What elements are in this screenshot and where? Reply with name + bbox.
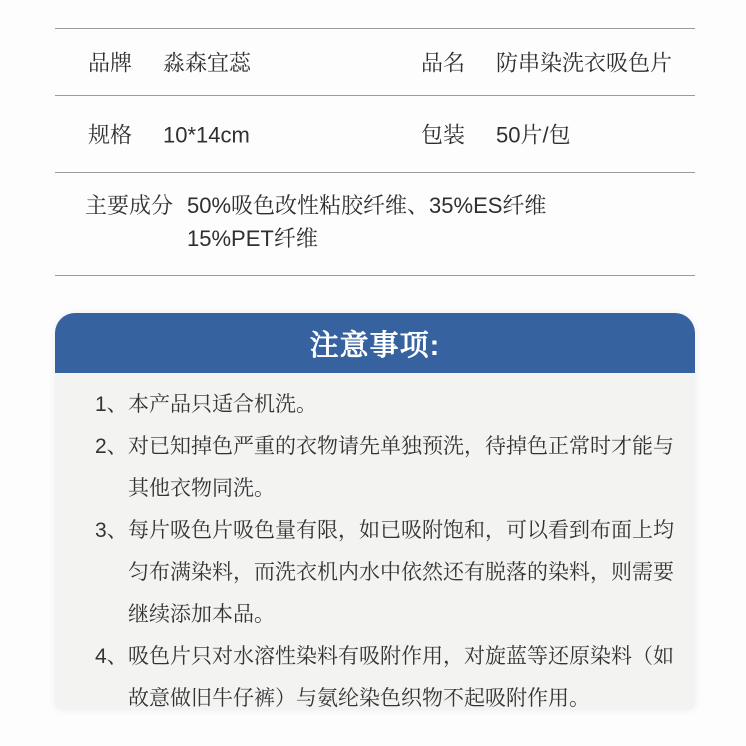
spec-cell-packaging: 包装 50片/包 [421, 119, 571, 150]
notice-item-2: 2、 对已知掉色严重的衣物请先单独预洗，待掉色正常时才能与 其他衣物同洗。 [95, 426, 679, 510]
spec-value-product-name: 防串染洗衣吸色片 [496, 47, 672, 78]
product-spec-table: 品牌 淼森宜蕊 品名 防串染洗衣吸色片 规格 10*14cm 包装 50片/包 … [55, 28, 695, 276]
spec-cell-ingredients: 主要成分 50%吸色改性粘胶纤维、35%ES纤维 15%PET纤维 [85, 189, 546, 255]
notice-item-4: 4、 吸色片只对水溶性染料有吸附作用，对旋蓝等还原染料（如 故意做旧牛仔裤）与氨… [95, 636, 679, 720]
product-info-page: { "colors": { "header_blue": "#3663a0", … [0, 0, 746, 746]
notice-item-3-text: 每片吸色片吸色量有限，如已吸附饱和，可以看到布面上均 匀布满染料，而洗衣机内水中… [128, 510, 674, 636]
notice-title: 注意事项: [310, 323, 441, 364]
notice-item-2-text: 对已知掉色严重的衣物请先单独预洗，待掉色正常时才能与 其他衣物同洗。 [128, 426, 674, 510]
spec-label-brand: 品牌 [88, 47, 132, 78]
notice-card: 注意事项: 1、 本产品只适合机洗。 2、 对已知掉色严重的衣物请先单独预洗，待… [55, 313, 695, 710]
notice-item-4-text: 吸色片只对水溶性染料有吸附作用，对旋蓝等还原染料（如 故意做旧牛仔裤）与氨纶染色… [128, 636, 674, 720]
spec-row-size-packaging: 规格 10*14cm 包装 50片/包 [55, 96, 695, 173]
spec-cell-size: 规格 10*14cm [88, 119, 250, 150]
notice-item-3: 3、 每片吸色片吸色量有限，如已吸附饱和，可以看到布面上均 匀布满染料，而洗衣机… [95, 510, 679, 636]
notice-item-1-text: 本产品只适合机洗。 [128, 384, 317, 426]
notice-item-1-number: 1、 [95, 384, 128, 426]
spec-cell-product-name: 品名 防串染洗衣吸色片 [421, 47, 672, 78]
notice-item-2-number: 2、 [95, 426, 128, 510]
spec-value-packaging: 50片/包 [496, 119, 571, 150]
spec-label-size: 规格 [88, 119, 132, 150]
spec-value-ingredients: 50%吸色改性粘胶纤维、35%ES纤维 15%PET纤维 [187, 189, 546, 255]
spec-row-ingredients: 主要成分 50%吸色改性粘胶纤维、35%ES纤维 15%PET纤维 [55, 173, 695, 276]
notice-item-4-number: 4、 [95, 636, 128, 720]
spec-label-packaging: 包装 [421, 119, 465, 150]
notice-header: 注意事项: [55, 313, 695, 373]
notice-item-3-number: 3、 [95, 510, 128, 636]
spec-cell-brand: 品牌 淼森宜蕊 [88, 47, 251, 78]
spec-value-brand: 淼森宜蕊 [163, 47, 251, 78]
spec-value-size: 10*14cm [163, 123, 250, 149]
spec-label-product-name: 品名 [421, 47, 465, 78]
spec-label-ingredients: 主要成分 [85, 189, 173, 220]
notice-list: 1、 本产品只适合机洗。 2、 对已知掉色严重的衣物请先单独预洗，待掉色正常时才… [55, 373, 695, 710]
spec-row-brand-name: 品牌 淼森宜蕊 品名 防串染洗衣吸色片 [55, 29, 695, 96]
notice-item-1: 1、 本产品只适合机洗。 [95, 384, 679, 426]
